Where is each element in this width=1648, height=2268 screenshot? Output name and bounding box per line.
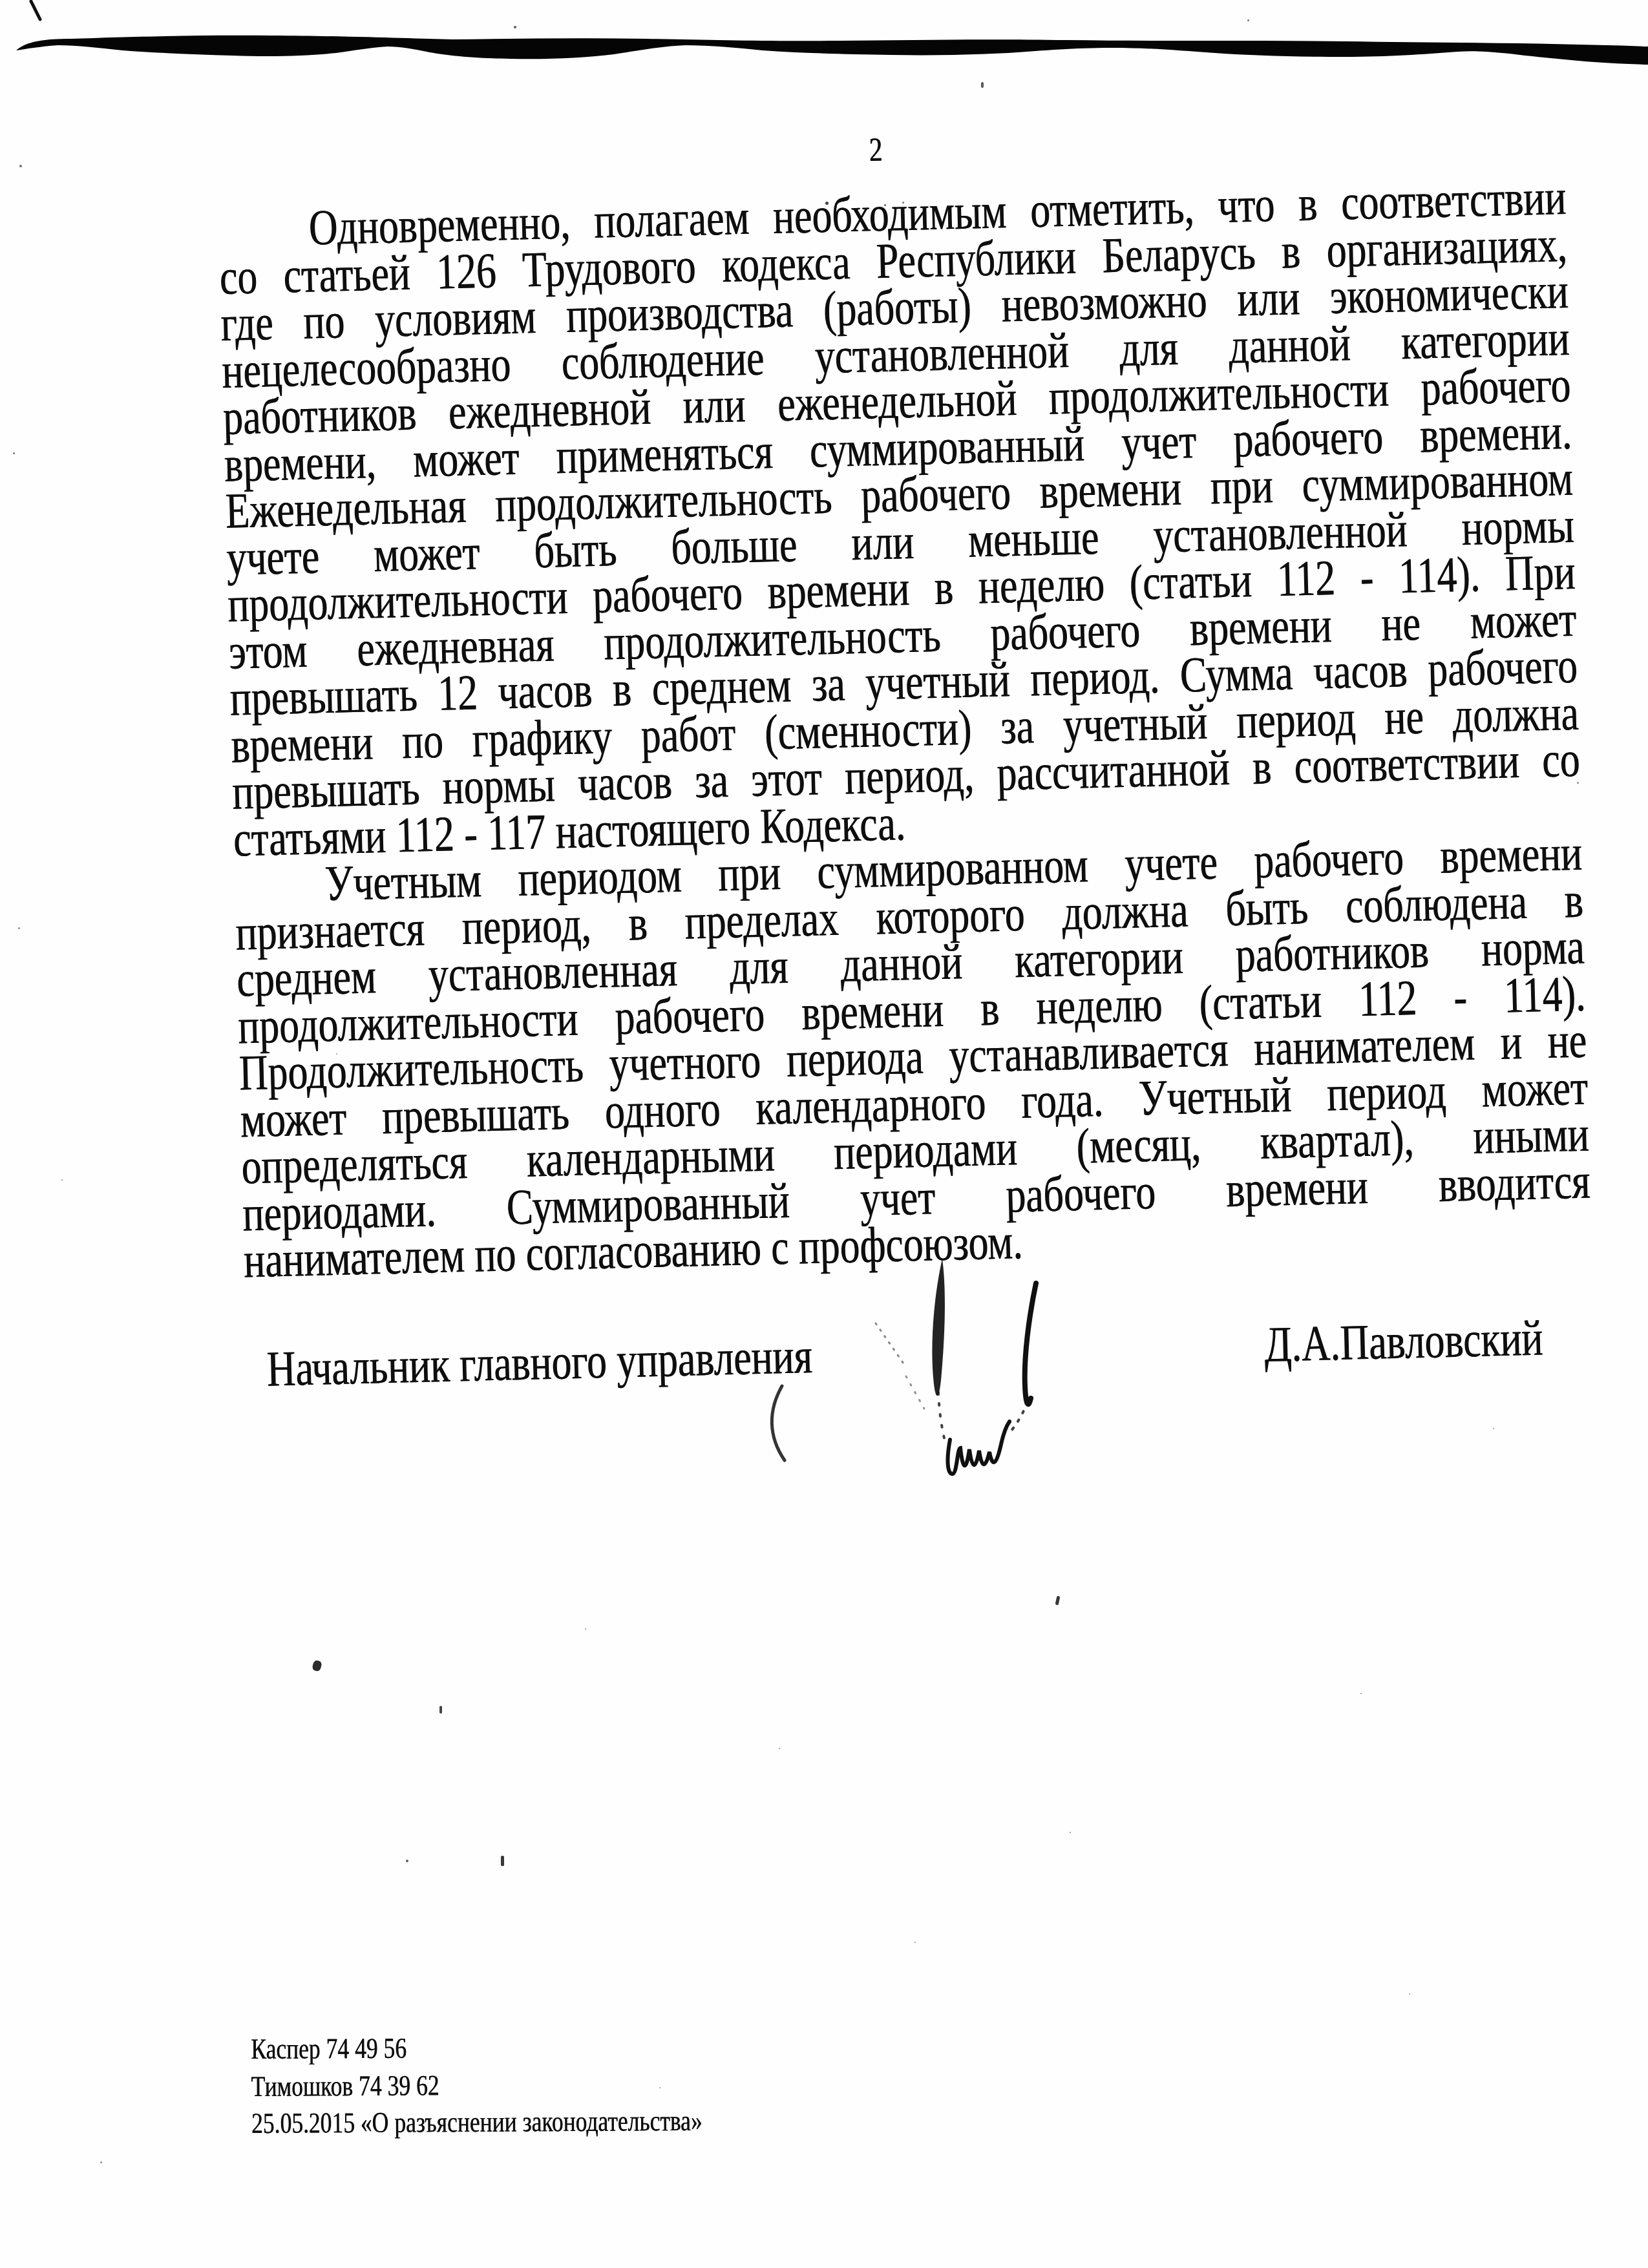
footer-contact-line: Тимошков 74 39 62 [251, 2063, 1119, 2105]
ink-speck [779, 1748, 780, 1749]
ink-speck [336, 1053, 337, 1055]
ink-speck [1247, 19, 1249, 21]
ink-speck [501, 1856, 504, 1866]
paragraph: Одновременно, полагаем необходимым отмет… [218, 174, 1581, 863]
scan-edge-artifact [0, 0, 1648, 84]
ink-speck [13, 452, 15, 454]
page-number: 2 [869, 131, 883, 169]
ink-speck [439, 1706, 442, 1714]
ink-speck [19, 165, 22, 167]
ink-speck [1070, 1832, 1071, 1833]
ink-speck [585, 1628, 586, 1630]
ink-speck [1360, 1693, 1362, 1694]
ink-speck [1493, 1428, 1494, 1429]
signature-name: Д.А.Павловский [1263, 1314, 1543, 1368]
ink-speck [406, 1860, 408, 1862]
footer-subject-line: 25.05.2015 «О разъяснении законодательст… [251, 2100, 1119, 2143]
scanned-document-page: 2 Одновременно, полагаем необходимым отм… [0, 0, 1648, 2268]
footer-reference-block: Каспер 74 49 56 Тимошков 74 39 62 25.05.… [251, 2026, 1119, 2143]
signature-scribble [737, 1247, 1150, 1557]
ink-speck [61, 1179, 63, 1181]
ink-speck [514, 26, 516, 28]
footer-contact-line: Каспер 74 49 56 [251, 2026, 1119, 2068]
ink-speck [981, 82, 984, 88]
ink-speck [18, 927, 20, 929]
paragraph: Учетным периодом при суммированном учете… [234, 830, 1592, 1284]
signature-position-title: Начальник главного управления [266, 1332, 813, 1392]
ink-speck [1409, 1993, 1410, 1995]
ink-speck [100, 2161, 102, 2163]
document-body: Одновременно, полагаем необходимым отмет… [218, 174, 1594, 1392]
ink-speck [312, 1660, 322, 1672]
ink-speck [1055, 1596, 1061, 1606]
ink-speck [659, 2087, 660, 2088]
ink-speck [914, 1942, 916, 1943]
ink-speck [1577, 782, 1579, 784]
